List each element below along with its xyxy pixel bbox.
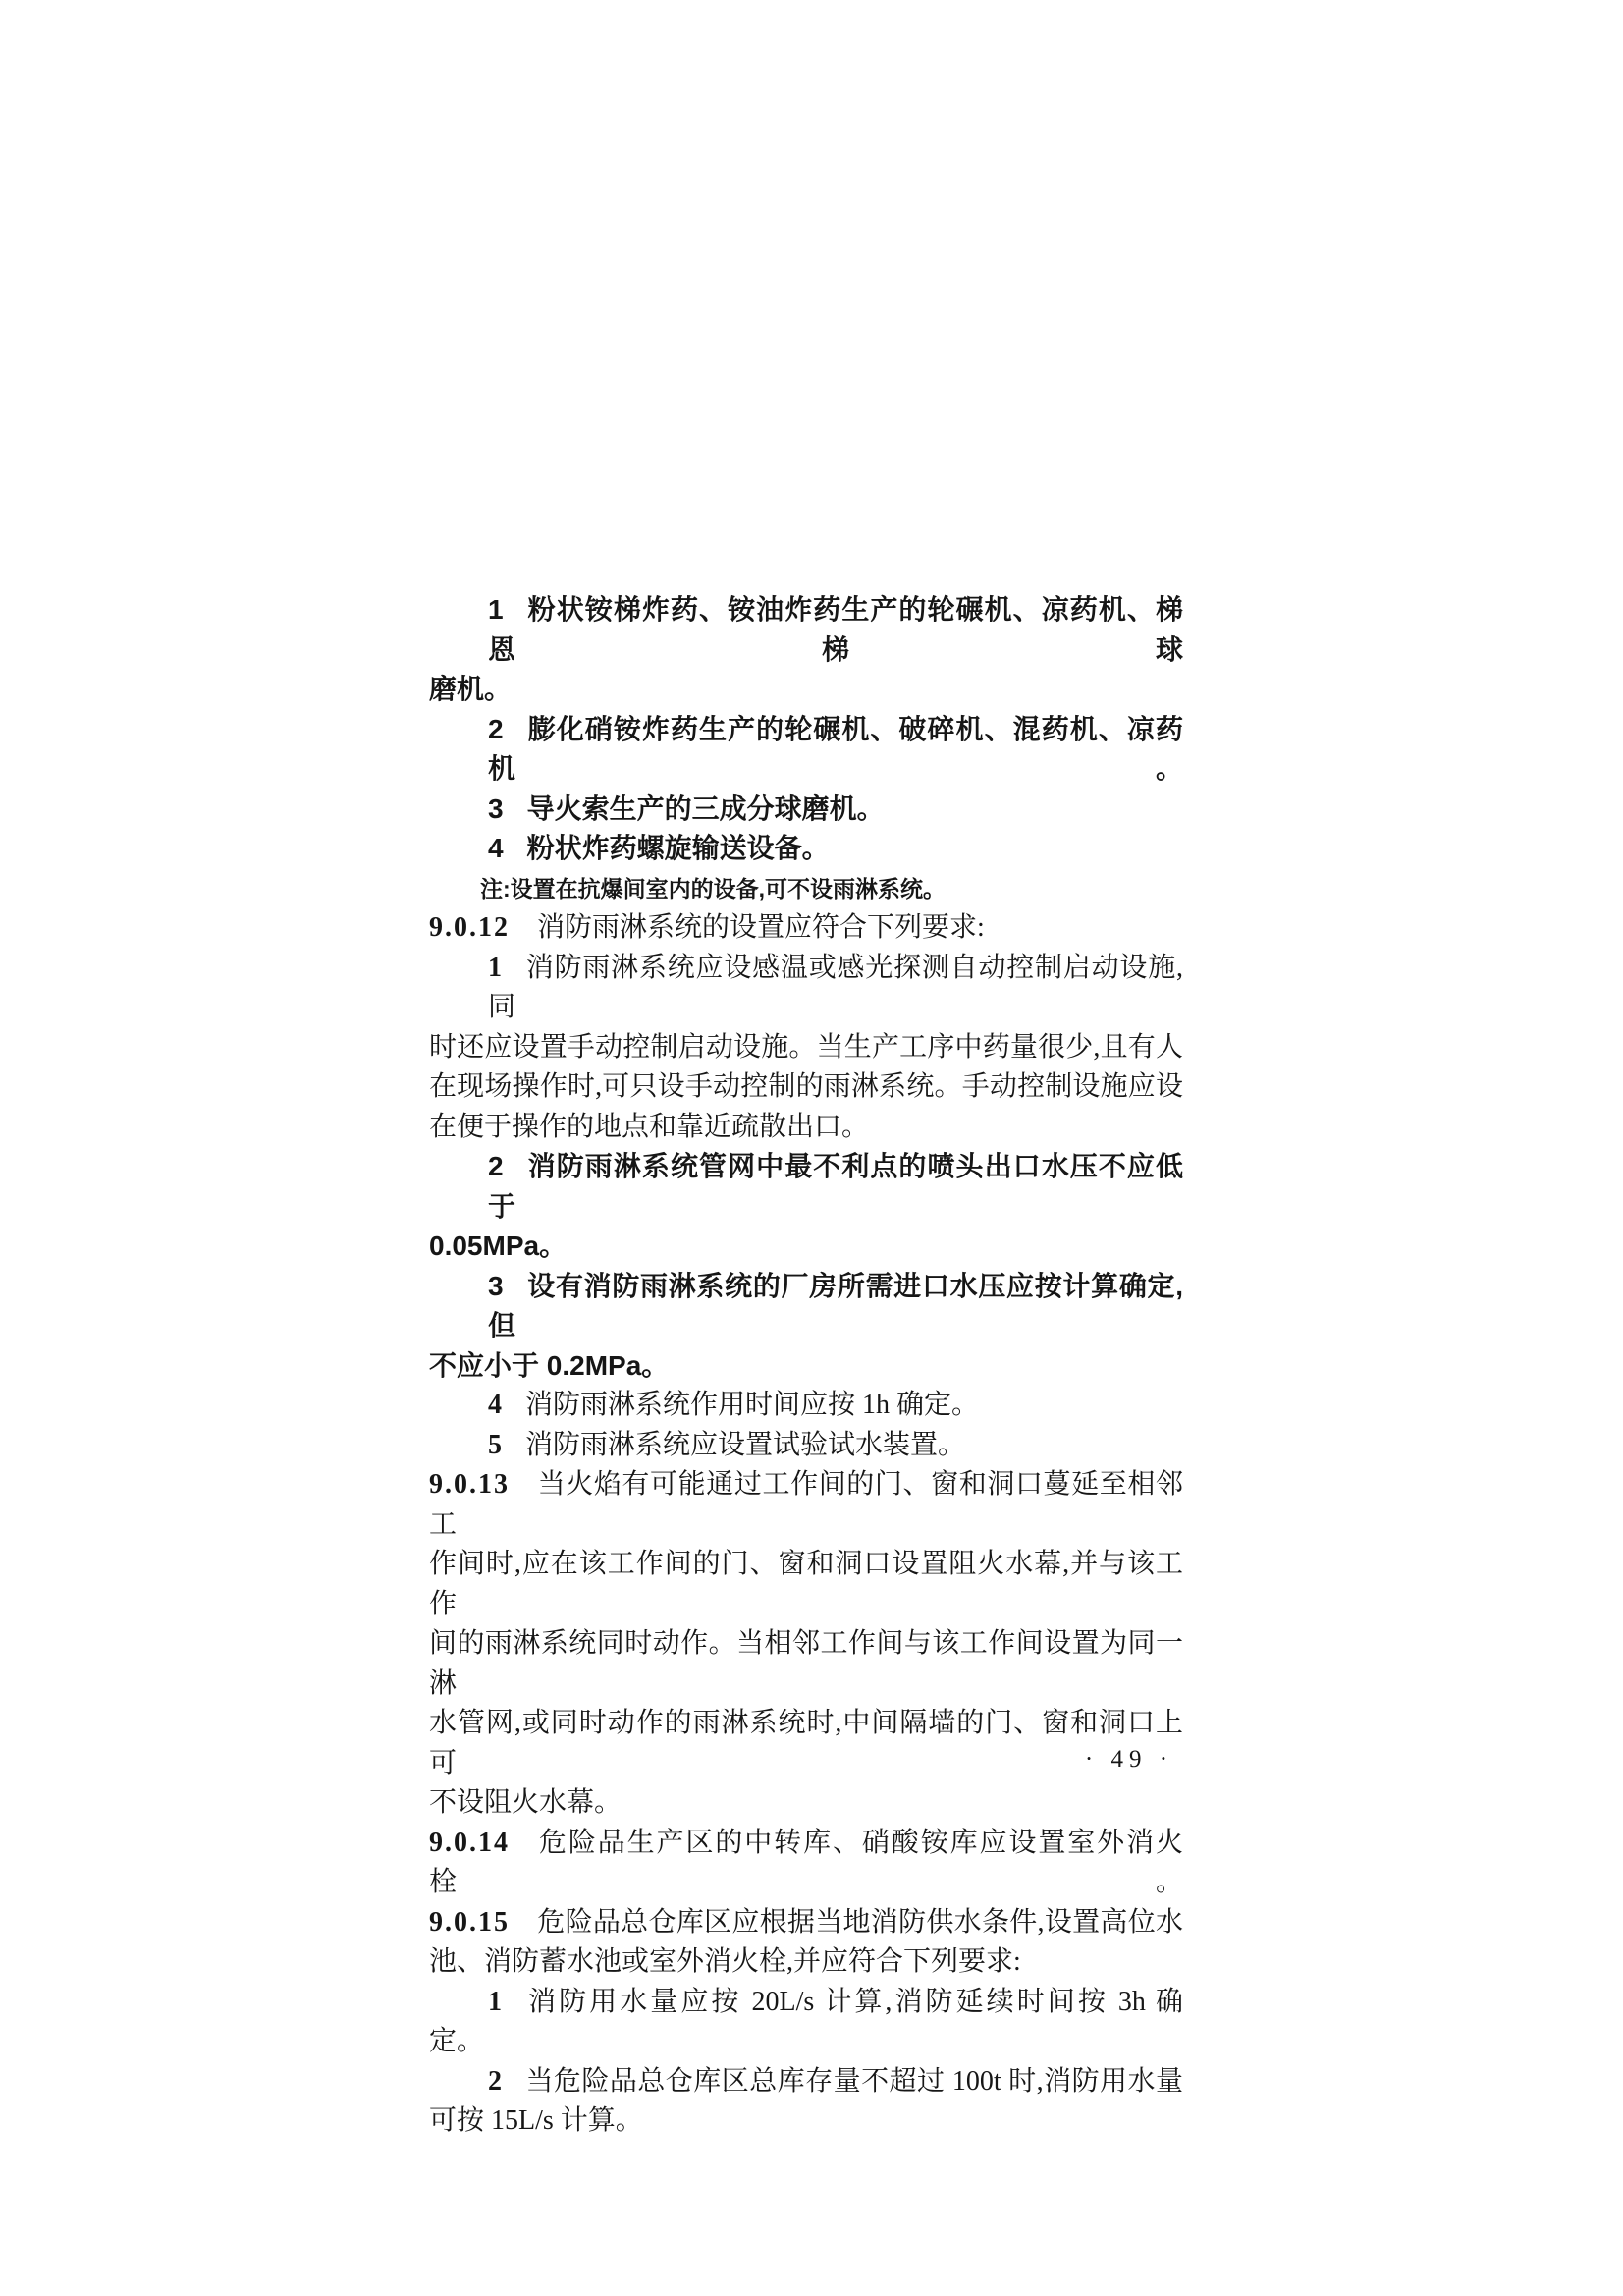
text-block: 1粉状铵梯炸药、铵油炸药生产的轮碾机、凉药机、梯恩梯球磨机。2膨化硝铵炸药生产的…: [429, 590, 1183, 2142]
line-text: 消防用水量应按 20L/s 计算,消防延续时间按 3h 确: [525, 1987, 1183, 2017]
line-text: 膨化硝铵炸药生产的轮碾机、破碎机、混药机、凉药机。: [488, 714, 1183, 785]
text-line: 时还应设置手动控制启动设施。当生产工序中药量很少,且有人: [429, 1028, 1183, 1068]
line-text: 消防雨淋系统应设感温或感光探测自动控制启动设施,同: [488, 953, 1183, 1023]
line-text: 可按 15L/s 计算。: [429, 2105, 643, 2136]
text-line: 磨机。: [429, 670, 1183, 710]
line-text: 导火索生产的三成分球磨机。: [527, 793, 885, 824]
line-text: 消防雨淋系统作用时间应按 1h 确定。: [525, 1390, 979, 1420]
line-text: 不设阻火水幕。: [429, 1787, 622, 1818]
text-line: 在便于操作的地点和靠近疏散出口。: [429, 1108, 1183, 1148]
text-line: 0.05MPa。: [429, 1227, 1183, 1267]
text-line: 池、消防蓄水池或室外消火栓,并应符合下列要求:: [429, 1942, 1183, 1983]
text-line: 间的雨淋系统同时动作。当相邻工作间与该工作间设置为同一淋: [429, 1624, 1183, 1704]
text-line: 在现场操作时,可只设手动控制的雨淋系统。手动控制设施应设: [429, 1067, 1183, 1108]
line-text: 消防雨淋系统的设置应符合下列要求:: [537, 912, 985, 943]
text-line: 1消防用水量应按 20L/s 计算,消防延续时间按 3h 确: [429, 1983, 1183, 2023]
line-text: 不应小于 0.2MPa。: [429, 1350, 669, 1381]
item-number: 4: [488, 1390, 502, 1420]
clause-number: 9.0.15: [429, 1907, 510, 1938]
text-line: 不应小于 0.2MPa。: [429, 1346, 1183, 1387]
line-text: 作间时,应在该工作间的门、窗和洞口设置阻火水幕,并与该工作: [429, 1549, 1183, 1619]
line-text: 粉状铵梯炸药、铵油炸药生产的轮碾机、凉药机、梯恩梯球: [488, 594, 1183, 665]
item-number: 3: [488, 1271, 504, 1301]
text-line: 9.0.13当火焰有可能通过工作间的门、窗和洞口蔓延至相邻工: [429, 1465, 1183, 1545]
text-line: 3导火索生产的三成分球磨机。: [429, 790, 1183, 830]
text-line: 2消防雨淋系统管网中最不利点的喷头出口水压不应低于: [429, 1147, 1183, 1227]
item-number: 2: [488, 1151, 504, 1181]
clause-number: 9.0.12: [429, 912, 510, 943]
line-text: 在便于操作的地点和靠近疏散出口。: [429, 1112, 869, 1142]
item-number: 2: [488, 2066, 502, 2097]
line-text: 危险品总仓库区应根据当地消防供水条件,设置高位水: [537, 1907, 1183, 1938]
item-number: 3: [488, 793, 504, 824]
line-text: 定。: [429, 2026, 484, 2056]
item-number: 1: [488, 953, 502, 983]
item-number: 2: [488, 714, 504, 744]
text-line: 2膨化硝铵炸药生产的轮碾机、破碎机、混药机、凉药机。: [429, 710, 1183, 790]
line-text: 消防雨淋系统应设置试验试水装置。: [525, 1430, 965, 1460]
line-text: 当危险品总仓库区总库存量不超过 100t 时,消防用水量: [525, 2066, 1183, 2097]
text-line: 2当危险品总仓库区总库存量不超过 100t 时,消防用水量: [429, 2062, 1183, 2103]
line-text: 时还应设置手动控制启动设施。当生产工序中药量很少,且有人: [429, 1032, 1183, 1063]
item-number: 5: [488, 1430, 502, 1460]
clause-number: 9.0.13: [429, 1469, 510, 1500]
note-line: 注:设置在抗爆间室内的设备,可不设雨淋系统。: [429, 869, 1183, 909]
line-text: 设有消防雨淋系统的厂房所需进口水压应按计算确定,但: [488, 1271, 1183, 1341]
line-text: 消防雨淋系统管网中最不利点的喷头出口水压不应低于: [488, 1151, 1183, 1222]
text-line: 4消防雨淋系统作用时间应按 1h 确定。: [429, 1386, 1183, 1426]
item-number: 1: [488, 594, 504, 625]
clause-number: 9.0.14: [429, 1828, 510, 1858]
text-line: 4粉状炸药螺旋输送设备。: [429, 829, 1183, 869]
item-number: 4: [488, 833, 504, 863]
line-text: 当火焰有可能通过工作间的门、窗和洞口蔓延至相邻工: [429, 1469, 1183, 1540]
text-line: 1消防雨淋系统应设感温或感光探测自动控制启动设施,同: [429, 949, 1183, 1028]
text-line: 1粉状铵梯炸药、铵油炸药生产的轮碾机、凉药机、梯恩梯球: [429, 590, 1183, 670]
text-line: 定。: [429, 2022, 1183, 2062]
text-line: 可按 15L/s 计算。: [429, 2102, 1183, 2142]
line-text: 注:设置在抗爆间室内的设备,可不设雨淋系统。: [480, 876, 946, 902]
text-line: 不设阻火水幕。: [429, 1783, 1183, 1824]
page-number: · 49 ·: [1066, 1740, 1192, 1779]
line-text: 间的雨淋系统同时动作。当相邻工作间与该工作间设置为同一淋: [429, 1628, 1183, 1699]
line-text: 池、消防蓄水池或室外消火栓,并应符合下列要求:: [429, 1946, 1021, 1977]
line-text: 磨机。: [429, 674, 512, 704]
line-text: 0.05MPa。: [429, 1230, 567, 1261]
text-line: 3设有消防雨淋系统的厂房所需进口水压应按计算确定,但: [429, 1267, 1183, 1346]
text-line: 9.0.14危险品生产区的中转库、硝酸铵库应设置室外消火栓。: [429, 1824, 1183, 1903]
line-text: 粉状炸药螺旋输送设备。: [527, 833, 830, 863]
line-text: 危险品生产区的中转库、硝酸铵库应设置室外消火栓。: [429, 1828, 1183, 1898]
text-line: 9.0.15危险品总仓库区应根据当地消防供水条件,设置高位水: [429, 1903, 1183, 1943]
line-text: 在现场操作时,可只设手动控制的雨淋系统。手动控制设施应设: [429, 1071, 1183, 1102]
text-line: 5消防雨淋系统应设置试验试水装置。: [429, 1426, 1183, 1466]
text-line: 作间时,应在该工作间的门、窗和洞口设置阻火水幕,并与该工作: [429, 1545, 1183, 1624]
text-line: 9.0.12消防雨淋系统的设置应符合下列要求:: [429, 908, 1183, 949]
document-page: 1粉状铵梯炸药、铵油炸药生产的轮碾机、凉药机、梯恩梯球磨机。2膨化硝铵炸药生产的…: [0, 0, 1623, 2296]
item-number: 1: [488, 1987, 502, 2017]
